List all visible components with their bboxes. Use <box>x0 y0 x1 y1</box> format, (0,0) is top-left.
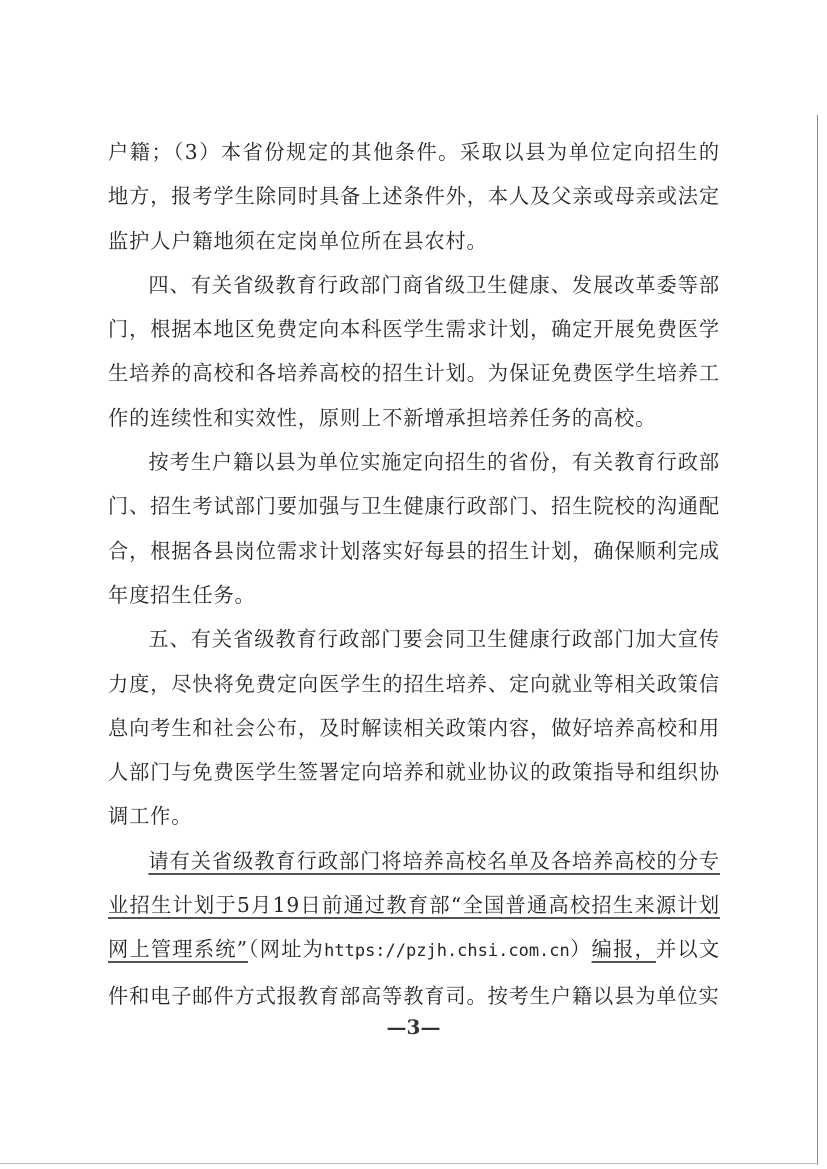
scan-edge-right <box>817 115 818 1165</box>
paragraph-county-enrollment: 按考生户籍以县为单位实施定向招生的省份，有关教育行政部门、招生考试部门要加强与卫… <box>108 440 720 617</box>
paragraph-submission-request: 请有关省级教育行政部门将培养高校名单及各培养高校的分专业招生计划于5月19日前通… <box>108 839 720 1018</box>
paragraph-section-five: 五、有关省级教育行政部门要会同卫生健康行政部门加大宣传力度，尽快将免费定向医学生… <box>108 617 720 838</box>
url-prefix: （网址为 <box>248 937 324 961</box>
paragraph-household-conditions: 户籍；（3）本省份规定的其他条件。采取以县为单位定向招生的地方，报考学生除同时具… <box>108 130 720 263</box>
scan-edge-bottom <box>0 1163 818 1164</box>
document-page: 户籍；（3）本省份规定的其他条件。采取以县为单位定向招生的地方，报考学生除同时具… <box>0 0 827 1169</box>
system-url-link[interactable]: https://pzjh.chsi.com.cn <box>324 941 570 961</box>
page-number: —3— <box>0 1015 827 1039</box>
body-text: 户籍；（3）本省份规定的其他条件。采取以县为单位定向招生的地方，报考学生除同时具… <box>108 130 720 1018</box>
underlined-report-text: 编报， <box>592 937 656 961</box>
url-suffix: ） <box>570 937 592 961</box>
paragraph-section-four: 四、有关省级教育行政部门商省级卫生健康、发展改革委等部门，根据本地区免费定向本科… <box>108 263 720 440</box>
